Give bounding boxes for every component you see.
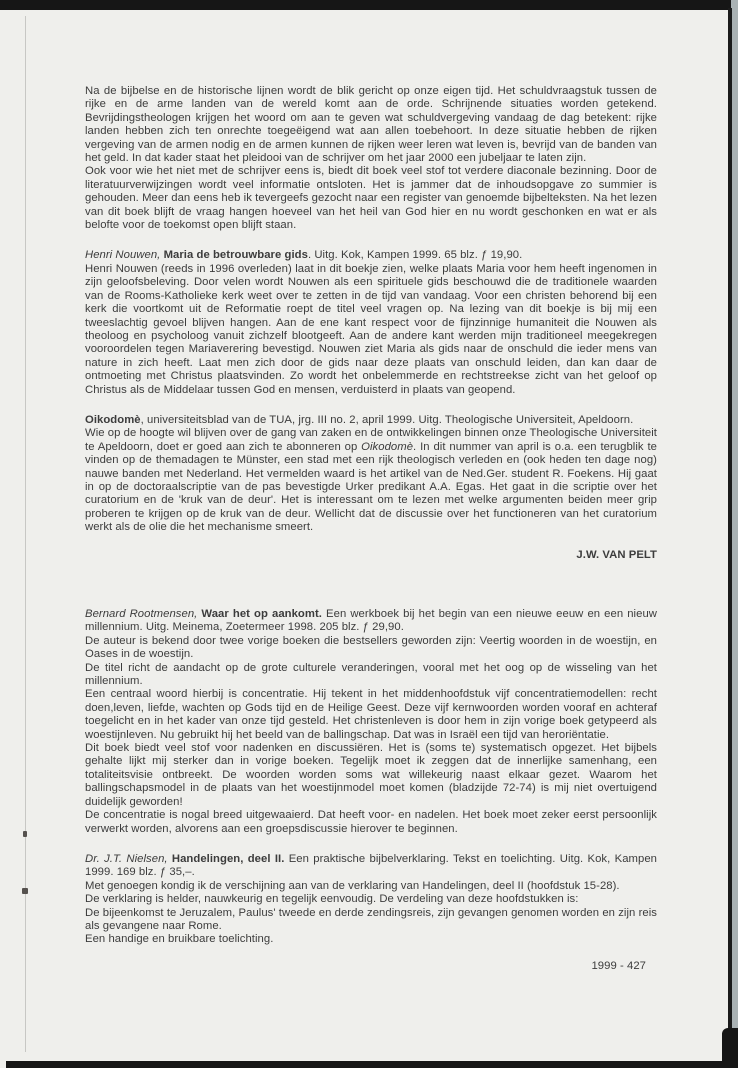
scan-left-margin-line bbox=[25, 16, 26, 1052]
review-paragraph: Dit boek biedt veel stof voor nadenken e… bbox=[85, 742, 657, 809]
review-author: Bernard Rootmensen, bbox=[85, 608, 201, 620]
review-heading-oikodome: Oikodomè, universiteitsblad van de TUA, … bbox=[85, 414, 657, 427]
review-paragraph: Met genoegen kondig ik de verschijning a… bbox=[85, 880, 657, 893]
review-paragraph: Een handige en bruikbare toelichting. bbox=[85, 933, 657, 946]
review-imprint: . Uitg. Kok, Kampen 1999. 65 blz. ƒ 19,9… bbox=[308, 249, 522, 261]
review-author: Dr. J.T. Nielsen, bbox=[85, 853, 172, 865]
review-paragraph: De concentratie is nogal breed uitgewaai… bbox=[85, 809, 657, 836]
review-book-title: Maria de betrouwbare gids bbox=[164, 249, 308, 261]
review-paragraph: De auteur is bekend door twee vorige boe… bbox=[85, 635, 657, 662]
scan-artifact-mark bbox=[22, 888, 28, 894]
scanned-page: Na de bijbelse en de historische lijnen … bbox=[0, 0, 738, 1068]
review-paragraph: De verklaring is helder, nauwkeurig en t… bbox=[85, 893, 657, 906]
intro-paragraph: Na de bijbelse en de historische lijnen … bbox=[85, 85, 657, 165]
review-body-italic-title: Oikodomè bbox=[361, 441, 413, 453]
scan-artifact-mark bbox=[23, 831, 27, 837]
page-text-column: Na de bijbelse en de historische lijnen … bbox=[85, 85, 657, 973]
review-imprint: , universiteitsblad van de TUA, jrg. III… bbox=[141, 414, 634, 426]
scan-top-edge bbox=[0, 0, 738, 10]
scan-right-edge-strip bbox=[731, 0, 738, 1068]
review-paragraph: Henri Nouwen (reeds in 1996 overleden) l… bbox=[85, 263, 657, 397]
review-body-text: . In dit nummer van april is o.a. een te… bbox=[85, 441, 657, 533]
review-book-title: Waar het op aankomt. bbox=[201, 608, 322, 620]
scan-bottom-edge bbox=[6, 1061, 738, 1068]
intro-paragraph: Ook voor wie het niet met de schrijver e… bbox=[85, 165, 657, 232]
review-paragraph: De bijeenkomst te Jeruzalem, Paulus' twe… bbox=[85, 907, 657, 934]
review-heading-rootmensen: Bernard Rootmensen, Waar het op aankomt.… bbox=[85, 608, 657, 635]
review-heading-nielsen: Dr. J.T. Nielsen, Handelingen, deel II. … bbox=[85, 853, 657, 880]
review-paragraph: Wie op de hoogte wil blijven over de gan… bbox=[85, 427, 657, 534]
scan-right-edge-line bbox=[728, 8, 732, 1068]
page-number: 1999 - 427 bbox=[85, 960, 657, 973]
review-author: Henri Nouwen, bbox=[85, 249, 164, 261]
review-book-title: Handelingen, deel II. bbox=[172, 853, 285, 865]
review-paragraph: Een centraal woord hierbij is concentrat… bbox=[85, 688, 657, 742]
review-book-title: Oikodomè bbox=[85, 414, 141, 426]
review-paragraph: De titel richt de aandacht op de grote c… bbox=[85, 662, 657, 689]
reviewer-signature: J.W. VAN PELT bbox=[85, 549, 657, 562]
review-heading-nouwen: Henri Nouwen, Maria de betrouwbare gids.… bbox=[85, 249, 657, 262]
